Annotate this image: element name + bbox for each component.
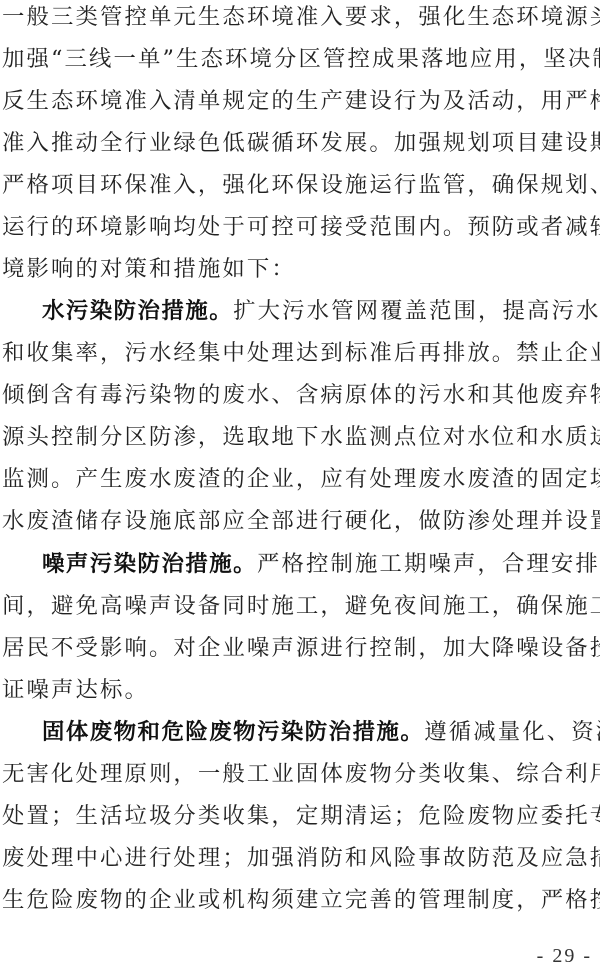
waste-section-line: 无害化处理原则，一般工业固体废物分类收集、综合利用，合理 [2, 759, 600, 789]
waste-section-line: 处置；生活垃圾分类收集，定期清运；危险废物应委托专门的危 [2, 801, 600, 831]
noise-section-text: 严格控制施工期噪声，合理安排施工时 [257, 551, 600, 577]
noise-section-line: 居民不受影响。对企业噪声源进行控制，加大降噪设备投资，保 [2, 633, 600, 663]
noise-section-line: 证噪声达标。 [2, 675, 600, 705]
water-section-line: 监测。产生废水废渣的企业，应有处理废水废渣的固定场所，废 [2, 464, 600, 494]
waste-section-text: 遵循减量化、资源化、 [424, 719, 600, 745]
page-number: - 29 - [537, 944, 592, 968]
intro-line-2: 加强“三线一单”生态环境分区管控成果落地应用，坚决制止违 [2, 44, 600, 74]
waste-section-heading: 固体废物和危险废物污染防治措施。 [42, 719, 424, 745]
water-section-line: 水废渣储存设施底部应全部进行硬化，做防渗处理并设置围堰。 [2, 506, 600, 536]
water-section-heading: 水污染防治措施。 [42, 298, 233, 324]
noise-section-line: 间，避免高噪声设备同时施工，避免夜间施工，确保施工区周边 [2, 591, 600, 621]
waste-section-line: 废处理中心进行处理；加强消防和风险事故防范及应急措施，产 [2, 843, 600, 873]
water-section-line: 源头控制分区防渗，选取地下水监测点位对水位和水质进行动态 [2, 422, 600, 452]
intro-line-4: 准入推动全行业绿色低碳循环发展。加强规划项目建设期管理， [2, 128, 600, 158]
water-section-line: 倾倒含有毒污染物的废水、含病原体的污水和其他废弃物。加强 [2, 380, 600, 410]
water-section-text: 扩大污水管网覆盖范围，提高污水接管率 [233, 298, 600, 324]
noise-section-first-line: 噪声污染防治措施。严格控制施工期噪声，合理安排施工时 [42, 549, 600, 579]
waste-section-first-line: 固体废物和危险废物污染防治措施。遵循减量化、资源化、 [42, 717, 600, 747]
intro-line-5: 严格项目环保准入，强化环保设施运行监管，确保规划、建设和 [2, 170, 600, 200]
waste-section-line: 生危险废物的企业或机构须建立完善的管理制度，严格按照有关 [2, 885, 600, 915]
intro-line-3: 反生态环境准入清单规定的生产建设行为及活动，用严格的环境 [2, 86, 600, 116]
intro-line-6: 运行的环境影响均处于可控可接受范围内。预防或者减轻不良环 [2, 212, 600, 242]
intro-line-1: 一般三类管控单元生态环境准入要求，强化生态环境源头防控。 [2, 2, 600, 32]
noise-section-heading: 噪声污染防治措施。 [42, 551, 257, 577]
intro-line-7: 境影响的对策和措施如下： [2, 254, 600, 284]
water-section-first-line: 水污染防治措施。扩大污水管网覆盖范围，提高污水接管率 [42, 296, 600, 326]
water-section-line: 和收集率，污水经集中处理达到标准后再排放。禁止企业排放、 [2, 338, 600, 368]
document-page: 一般三类管控单元生态环境准入要求，强化生态环境源头防控。 加强“三线一单”生态环… [0, 0, 600, 971]
